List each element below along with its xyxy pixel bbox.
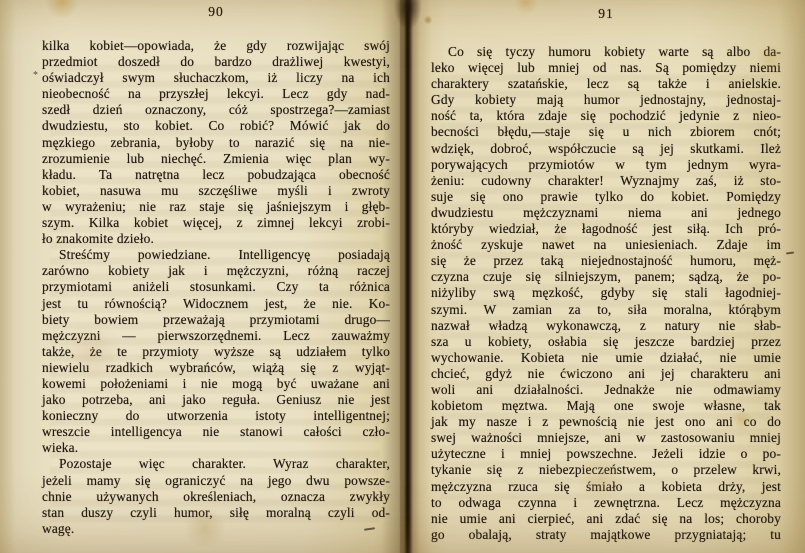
text-line: męzkiego zebrania, byłoby to narazić się… <box>42 135 390 151</box>
text-line: tykanie się z niebezpieczeństwem, o prze… <box>431 462 781 478</box>
text-line: chnie używanych określeniach, oznacza zw… <box>42 489 390 505</box>
text-line: charaktery szatańskie, lecz są także i a… <box>431 76 781 92</box>
text-line: zrozumienie lub niechęć. Zmienia więc pl… <box>42 151 390 167</box>
text-line: Gdy kobiety mają humor jednostajny, jedn… <box>431 92 781 108</box>
text-line: wieka. <box>42 440 390 456</box>
text-line: go obalają, straty majątkowe przygniataj… <box>431 527 781 543</box>
text-line: niżyliby swą męzkość, gdyby się stali ła… <box>431 285 781 301</box>
text-line: użyteczne i mniej powszechne. Jeżeli idz… <box>431 446 781 462</box>
text-line: jest tu równością? Widocznem jest, że ni… <box>42 296 390 312</box>
text-line: także, że te przymioty wyższe są udziałe… <box>42 344 390 360</box>
text-line: wagę. <box>42 521 390 537</box>
text-line: biety bowiem przeważają przymiotami drug… <box>42 312 390 328</box>
text-line: wdzięk, dobroć, współczucie są jej skutk… <box>431 141 781 157</box>
text-line: szym. Kilka kobiet więcej, z zimnej lekc… <box>42 215 390 231</box>
text-line: kilka kobiet—opowiada, że gdy rozwijając… <box>42 38 390 54</box>
page-left-text: kilka kobiet—opowiada, że gdy rozwijając… <box>42 38 390 537</box>
text-line: stan duszy czyli humor, siłę moralną czy… <box>42 505 390 521</box>
text-line: nazwał władzą wykonawczą, z natury nie s… <box>431 318 781 334</box>
text-line: ło znakomite dzieło. <box>42 231 390 247</box>
text-line: to odwaga czynna i zewnętrzna. Lecz mężc… <box>431 495 781 511</box>
text-line: dwudziestu, sto kobiet. Co robić? Mówić … <box>42 118 390 134</box>
text-line: szymi. W zamian za to, siła moralna, któ… <box>431 302 781 318</box>
text-line: któryby wiedział, że łagodność jest siłą… <box>431 221 781 237</box>
text-line: kładu. Ta natrętna lecz pobudzająca obec… <box>42 167 390 183</box>
text-line: Co się tyczy humoru kobiety warte są alb… <box>431 44 781 60</box>
text-line: przymiotami aniżeli stosunkami. Czy ta r… <box>42 279 390 295</box>
text-line: zarówno kobiety jak i mężczyzni, różną r… <box>42 263 390 279</box>
text-line: mężczyzna rzuca się śmiało a kobieta drż… <box>431 479 781 495</box>
page-right-text: Co się tyczy humoru kobiety warte są alb… <box>431 44 781 543</box>
text-line: swej ważności mniejsze, ani w zastosowan… <box>431 430 781 446</box>
text-line: porywających przymiotów w tym jednym wyr… <box>431 157 781 173</box>
text-line: kowemi położeniami i nie mogą być uważan… <box>42 376 390 392</box>
text-line: jak my nasze i z pewnością nie jest ono … <box>431 414 781 430</box>
text-line: Streśćmy powiedziane. Intelligencyę posi… <box>42 247 390 263</box>
text-line: dwudziestu mężczyznami niema ani jednego <box>431 205 781 221</box>
text-line: się że przez taką niejednostajność humor… <box>431 253 781 269</box>
text-line: chcieć, gdyż nie ćwiczono ani jej charak… <box>431 366 781 382</box>
text-line: konieczny do utworzenia istoty intellige… <box>42 408 390 424</box>
text-line: szedł dzień oznaczony, cóż spostrzega?—z… <box>42 102 390 118</box>
text-line: jako potrzeba, ani jako reguła. Geniusz … <box>42 392 390 408</box>
text-line: nie umie ani cierpieć, ani zdać się na l… <box>431 511 781 527</box>
text-line: Pozostaje więc charakter. Wyraz charakte… <box>42 456 390 472</box>
text-line: żność zyskuje nawet na uniesieniach. Zda… <box>431 237 781 253</box>
text-line: suje się ono prawie tylko do kobiet. Pom… <box>431 189 781 205</box>
text-line: żeniu: cudowny charakter! Wyznajmy zaś, … <box>431 173 781 189</box>
text-line: kobiet, nasuwa mu szczęśliwe myśli i zwr… <box>42 183 390 199</box>
margin-mark: * <box>33 70 38 81</box>
page-number-left: 90 <box>42 4 390 20</box>
text-line: oświadczył swym słuchaczkom, iż liczy na… <box>42 70 390 86</box>
book-scan: 90 91 kilka kobiet—opowiada, że gdy rozw… <box>0 0 805 553</box>
text-line: leko więcej lub mniej od nas. Są pomiędz… <box>431 60 781 76</box>
text-line: w wyrażeniu; nie raz staje się jaśniejsz… <box>42 199 390 215</box>
page-number-right: 91 <box>431 6 781 22</box>
text-line: czyzna czuje się silniejszym, panem; sąd… <box>431 269 781 285</box>
text-line: jeżeli mamy się ograniczyć na jego dwu p… <box>42 473 390 489</box>
text-line: kobietom męztwa. Mają one swoje własne, … <box>431 398 781 414</box>
text-line: becności błędu,—staje się u nich zbiorem… <box>431 124 781 140</box>
text-line: niewielu rzadkich wybrańców, wiążą się z… <box>42 360 390 376</box>
text-line: sza u kobiety, osłabia się jeszcze bardz… <box>431 334 781 350</box>
text-line: wychowanie. Kobieta nie umie działać, ni… <box>431 350 781 366</box>
text-line: nieobecność na przyszłej lekcyi. Lecz gd… <box>42 86 390 102</box>
text-line: przedmiot doszedł do bardzo drażliwej kw… <box>42 54 390 70</box>
text-line: wreszcie intelligencya nie stanowi całoś… <box>42 424 390 440</box>
text-line: ność ta, która zdaje się pochodzić jedyn… <box>431 108 781 124</box>
text-line: woli ani działalności. Jednakże nie odma… <box>431 382 781 398</box>
text-line: mężczyzni — pierwszorzędnemi. Lecz zauwa… <box>42 328 390 344</box>
